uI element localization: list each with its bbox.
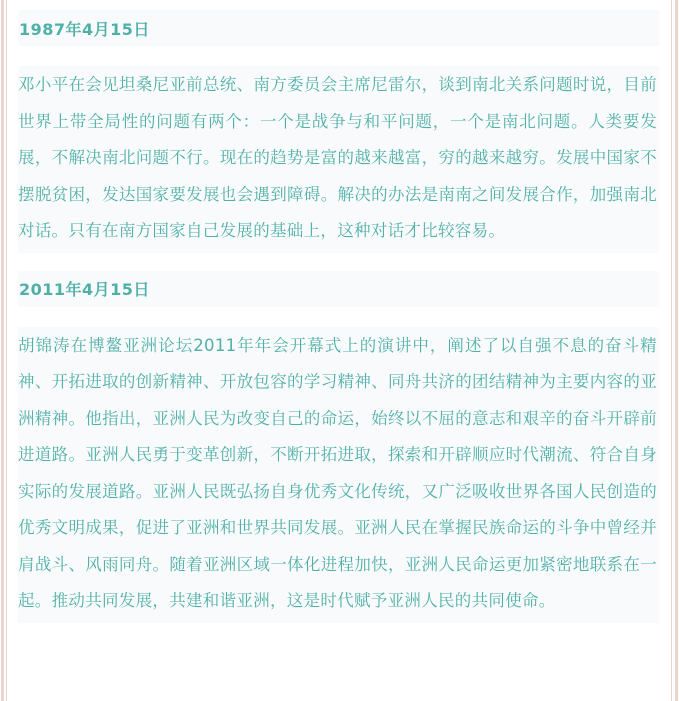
frame-border-left-inner (6, 0, 7, 701)
entry-body: 胡锦涛在博鳌亚洲论坛2011年年会开幕式上的演讲中，阐述了以自强不息的奋斗精神、… (18, 327, 659, 623)
entry-date: 1987年4月15日 (18, 17, 150, 40)
frame-border-right-outer (675, 0, 678, 701)
frame-border-right-inner (671, 0, 672, 701)
entry-date: 2011年4月15日 (18, 277, 150, 300)
date-header: 2011年4月15日 (18, 271, 659, 307)
article-content: 1987年4月15日 邓小平在会见坦桑尼亚前总统、南方委员会主席尼雷尔，谈到南北… (18, 10, 659, 623)
entry-text: 胡锦涛在博鳌亚洲论坛2011年年会开幕式上的演讲中，阐述了以自强不息的奋斗精神、… (18, 327, 657, 623)
entry-body: 邓小平在会见坦桑尼亚前总统、南方委员会主席尼雷尔，谈到南北关系问题时说，目前世界… (18, 66, 659, 253)
entry-text: 邓小平在会见坦桑尼亚前总统、南方委员会主席尼雷尔，谈到南北关系问题时说，目前世界… (18, 66, 657, 253)
date-header: 1987年4月15日 (18, 10, 659, 46)
frame-border-left-outer (1, 0, 4, 701)
